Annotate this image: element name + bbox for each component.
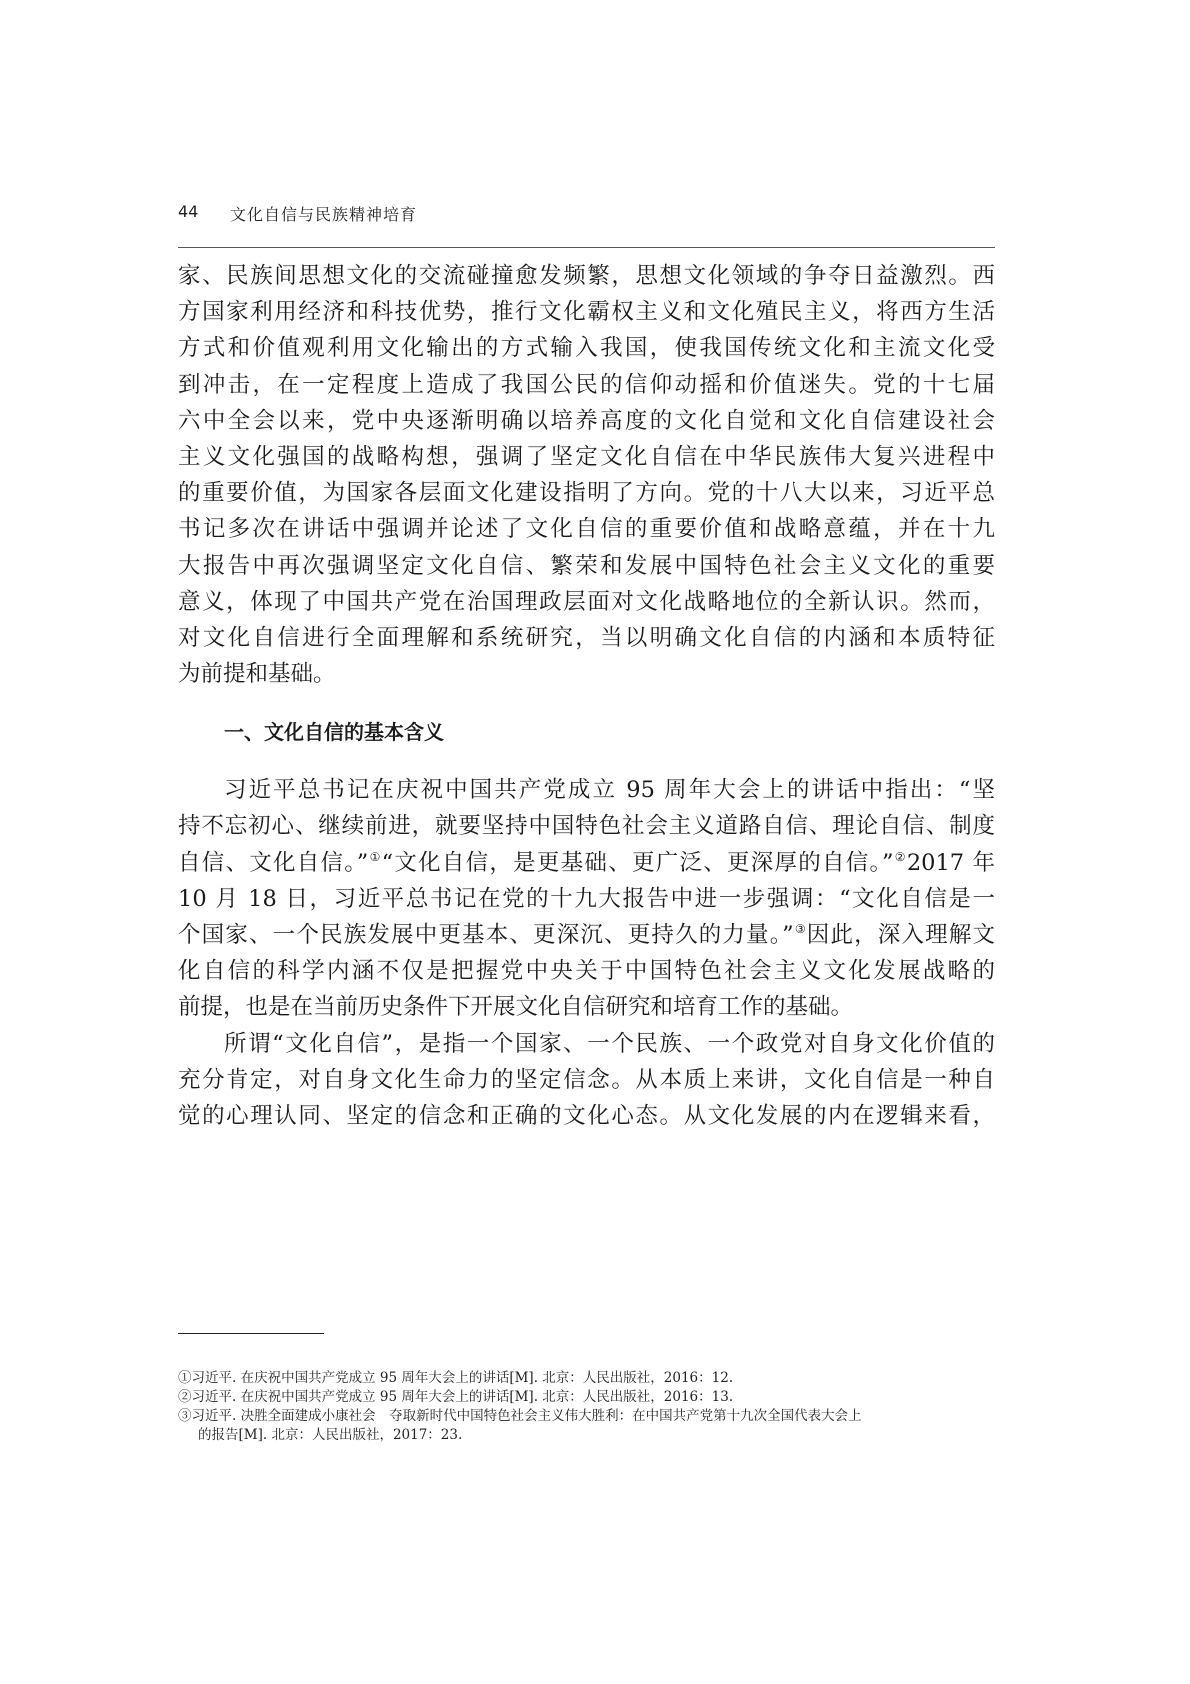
text-line: 个国家、一个民族发展中更基本、更深沉、更持久的力量。”③因此，深入理解文: [178, 917, 995, 953]
paragraph-definition: 所谓“文化自信”，是指一个国家、一个民族、一个政党对自身文化价值的 充分肯定，对…: [178, 1026, 995, 1135]
footnote-2: ②习近平. 在庆祝中国共产党成立 95 周年大会上的讲话[M]. 北京：人民出版…: [178, 1388, 995, 1407]
footnote-ref-1[interactable]: ①: [368, 850, 381, 864]
text-line: 家、民族间思想文化的交流碰撞愈发频繁，思想文化领域的争夺日益激烈。西: [178, 258, 995, 294]
text-span: 个国家、一个民族发展中更基本、更深沉、更持久的力量。”: [178, 922, 794, 948]
text-line: 对文化自信进行全面理解和系统研究，当以明确文化自信的内涵和本质特征: [178, 620, 995, 656]
text-line: 所谓“文化自信”，是指一个国家、一个民族、一个政党对自身文化价值的: [178, 1026, 995, 1062]
running-header: 44 文化自信与民族精神培育: [178, 200, 995, 230]
header-divider: [178, 247, 995, 248]
book-title: 文化自信与民族精神培育: [230, 202, 417, 225]
text-line: 六中全会以来，党中央逐渐明确以培养高度的文化自觉和文化自信建设社会: [178, 403, 995, 439]
paragraph-basic-meaning: 习近平总书记在庆祝中国共产党成立 95 周年大会上的讲话中指出：“坚 持不忘初心…: [178, 772, 995, 1025]
footnote-1: ①习近平. 在庆祝中国共产党成立 95 周年大会上的讲话[M]. 北京：人民出版…: [178, 1369, 995, 1388]
text-line: 方国家利用经济和科技优势，推行文化霸权主义和文化殖民主义，将西方生活: [178, 294, 995, 330]
footnotes: ①习近平. 在庆祝中国共产党成立 95 周年大会上的讲话[M]. 北京：人民出版…: [178, 1369, 995, 1445]
text-span: 2017 年: [907, 850, 995, 876]
text-line: 书记多次在讲话中强调并论述了文化自信的重要价值和战略意蕴，并在十九: [178, 511, 995, 547]
text-line: 到冲击，在一定程度上造成了我国公民的信仰动摇和价值迷失。党的十七届: [178, 367, 995, 403]
text-line: 前提，也是在当前历史条件下开展文化自信研究和培育工作的基础。: [178, 989, 995, 1025]
text-line: 意义，体现了中国共产党在治国理政层面对文化战略地位的全新认识。然而，: [178, 584, 995, 620]
text-span: “文化自信，是更基础、更广泛、更深厚的自信。”: [382, 850, 894, 876]
text-line: 化自信的科学内涵不仅是把握党中央关于中国特色社会主义文化发展战略的: [178, 953, 995, 989]
text-line: 10 月 18 日，习近平总书记在党的十九大报告中进一步强调：“文化自信是一: [178, 881, 995, 917]
footnote-ref-2[interactable]: ②: [894, 850, 907, 864]
text-line: 为前提和基础。: [178, 656, 995, 692]
footnote-3-continued: 的报告[M]. 北京：人民出版社，2017：23.: [178, 1426, 995, 1445]
text-line: 大报告中再次强调坚定文化自信、繁荣和发展中国特色社会主义文化的重要: [178, 548, 995, 584]
paragraph-continued: 家、民族间思想文化的交流碰撞愈发频繁，思想文化领域的争夺日益激烈。西 方国家利用…: [178, 258, 995, 692]
text-line: 充分肯定，对自身文化生命力的坚定信念。从本质上来讲，文化自信是一种自: [178, 1062, 995, 1098]
text-span: 自信、文化自信。”: [178, 850, 368, 876]
body-text: 家、民族间思想文化的交流碰撞愈发频繁，思想文化领域的争夺日益激烈。西 方国家利用…: [178, 258, 995, 1134]
footnote-divider: [178, 1333, 324, 1334]
text-line: 觉的心理认同、坚定的信念和正确的文化心态。从文化发展的内在逻辑来看，: [178, 1098, 995, 1134]
text-line: 持不忘初心、继续前进，就要坚持中国特色社会主义道路自信、理论自信、制度: [178, 808, 995, 844]
text-line: 的重要价值，为国家各层面文化建设指明了方向。党的十八大以来，习近平总: [178, 475, 995, 511]
text-line: 主义文化强国的战略构想，强调了坚定文化自信在中华民族伟大复兴进程中: [178, 439, 995, 475]
section-heading: 一、文化自信的基本含义: [178, 714, 995, 750]
text-span: 因此，深入理解文: [807, 922, 995, 948]
text-line: 自信、文化自信。”①“文化自信，是更基础、更广泛、更深厚的自信。”②2017 年: [178, 845, 995, 881]
text-line: 方式和价值观利用文化输出的方式输入我国，使我国传统文化和主流文化受: [178, 330, 995, 366]
footnote-3: ③习近平. 决胜全面建成小康社会 夺取新时代中国特色社会主义伟大胜利：在中国共产…: [178, 1407, 995, 1426]
text-line: 习近平总书记在庆祝中国共产党成立 95 周年大会上的讲话中指出：“坚: [178, 772, 995, 808]
footnote-ref-3[interactable]: ③: [794, 922, 807, 936]
page-number: 44: [178, 202, 198, 221]
